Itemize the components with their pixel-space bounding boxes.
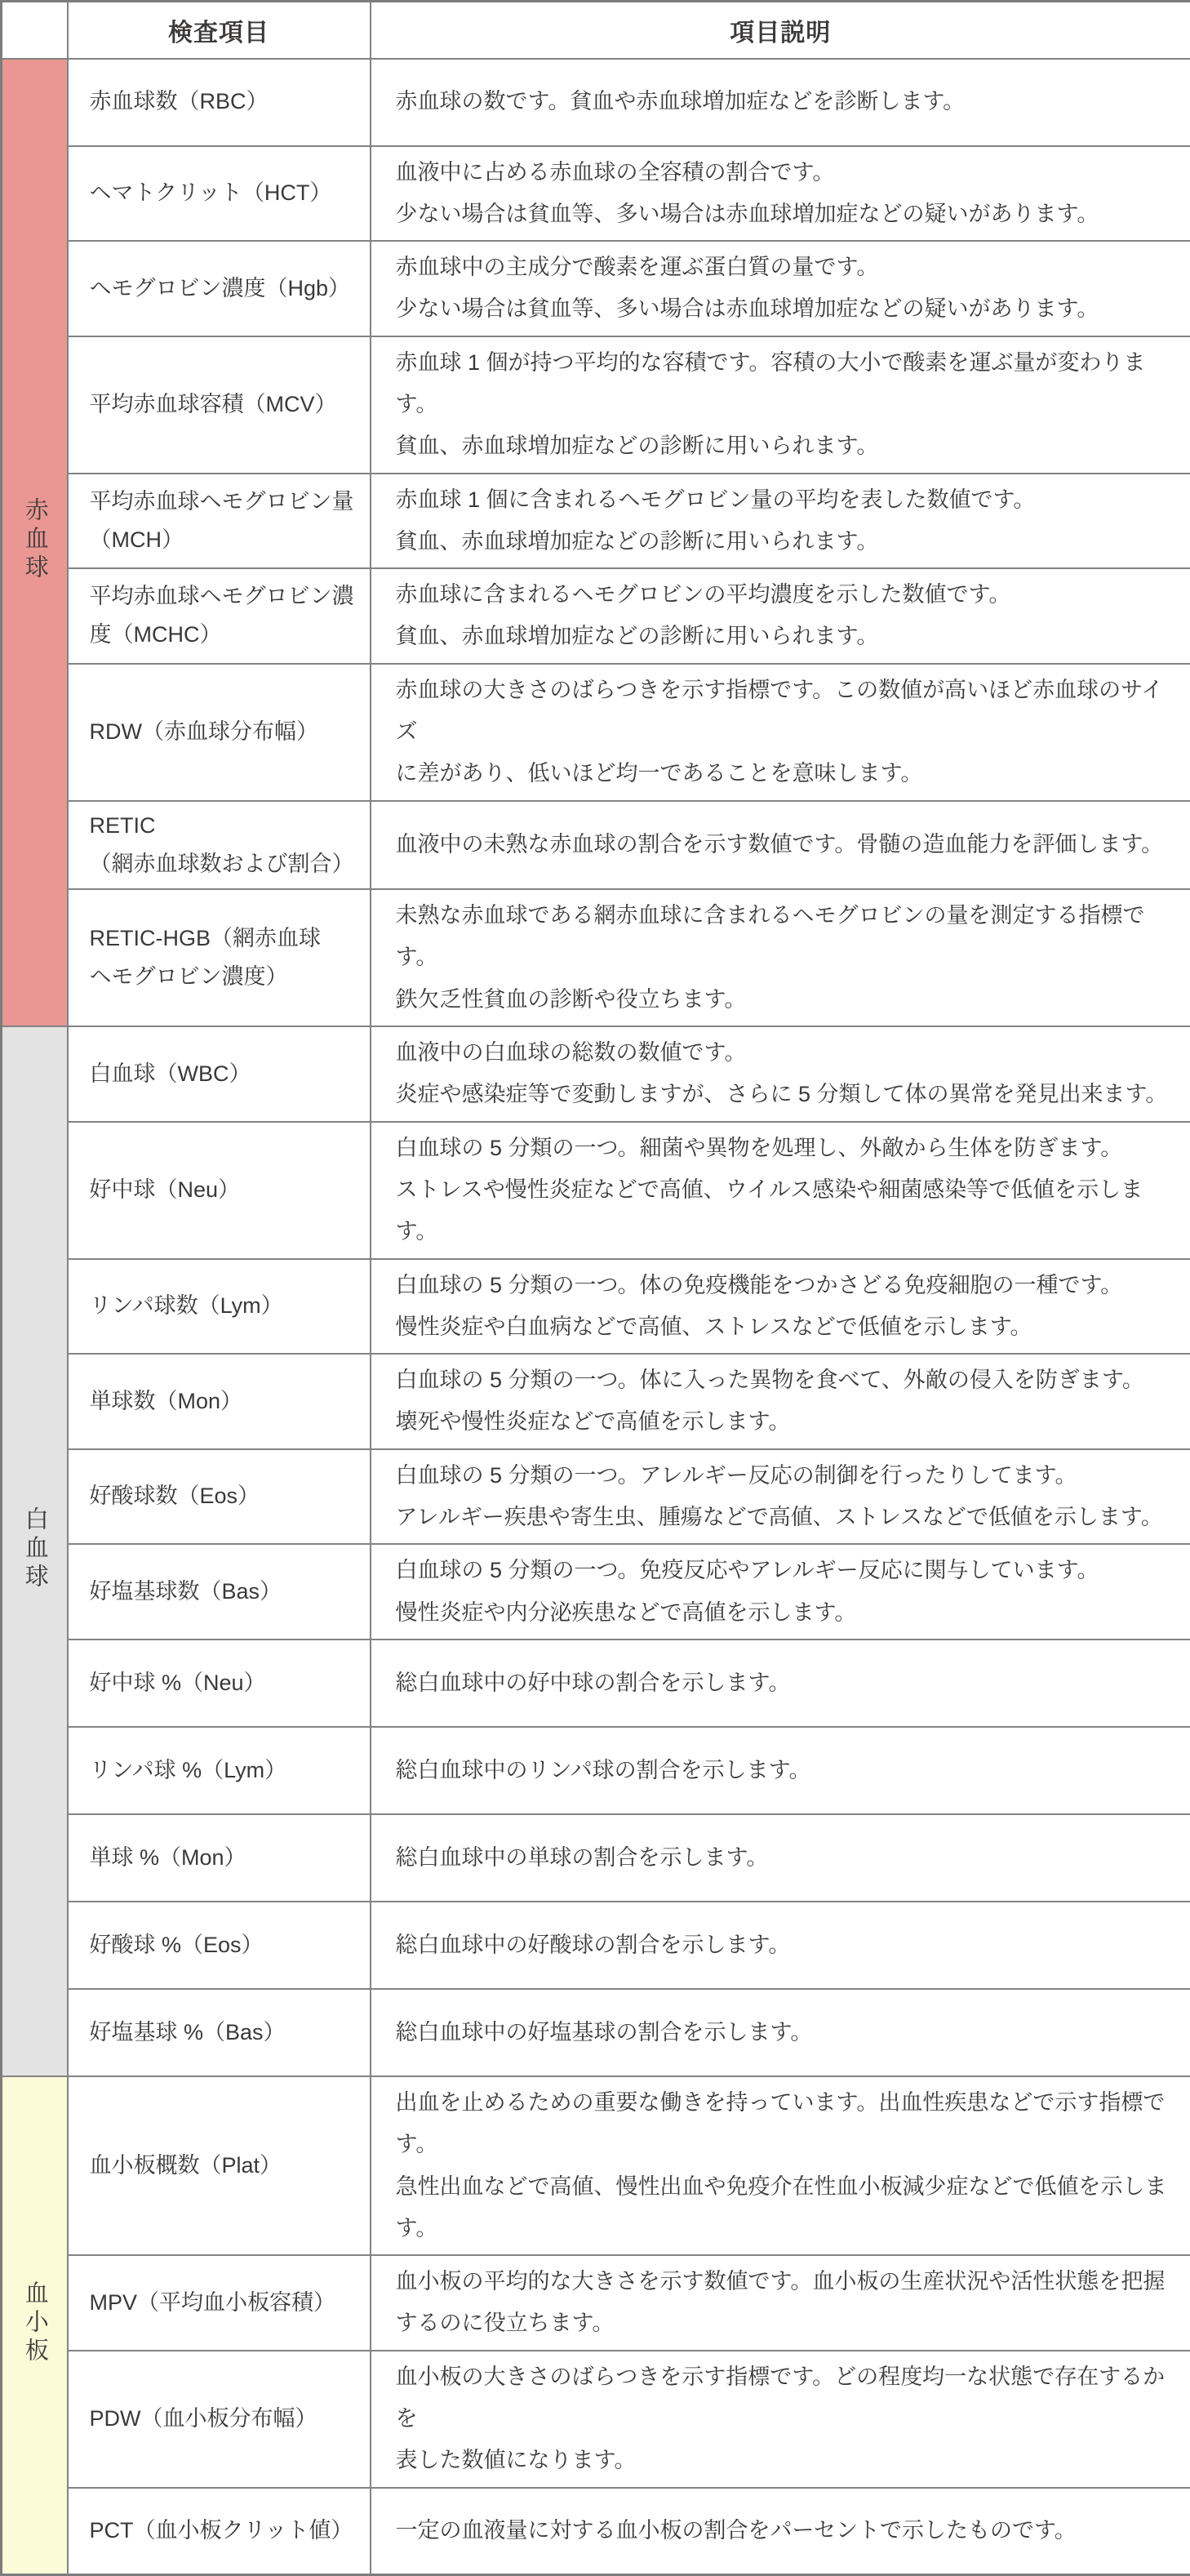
item-description-cell: 血液中に占める赤血球の全容積の割合です。 少ない場合は貧血等、多い場合は赤血球増… (371, 146, 1190, 242)
table-row: 好酸球数（Eos） 白血球の 5 分類の一つ。アレルギー反応の制御を行ったりして… (2, 1449, 1190, 1545)
table-row: 好塩基球 %（Bas） 総白血球中の好塩基球の割合を示します。 (2, 1989, 1190, 2076)
item-name-cell: 単球 %（Mon） (68, 1814, 371, 1902)
item-name-cell: リンパ球 %（Lym） (68, 1727, 371, 1814)
item-name-cell: 平均赤血球ヘモグロビン量 （MCH） (68, 474, 371, 569)
item-description-cell: 血液中の未熟な赤血球の割合を示す数値です。骨髄の造血能力を評価します。 (371, 801, 1190, 890)
item-name-cell: RETIC-HGB（網赤血球 ヘモグロビン濃度） (68, 889, 371, 1026)
table-row: 赤血球 赤血球数（RBC） 赤血球の数です。貧血や赤血球増加症などを診断します。 (2, 59, 1190, 146)
item-name-cell: 白血球（WBC） (68, 1026, 371, 1122)
item-description-cell: 赤血球に含まれるヘモグロビンの平均濃度を示した数値です。 貧血、赤血球増加症など… (371, 568, 1190, 664)
item-name-cell: 好中球（Neu） (68, 1122, 371, 1259)
item-name-cell: RDW（赤血球分布幅） (68, 664, 371, 801)
item-name-cell: 平均赤血球ヘモグロビン濃 度（MCHC） (68, 568, 371, 664)
table-row: ヘマトクリット（HCT） 血液中に占める赤血球の全容積の割合です。 少ない場合は… (2, 146, 1190, 242)
table-row: ヘモグロビン濃度（Hgb） 赤血球中の主成分で酸素を運ぶ蛋白質の量です。 少ない… (2, 241, 1190, 336)
item-name-cell: 好塩基球数（Bas） (68, 1544, 371, 1639)
item-description-cell: 出血を止めるための重要な働きを持っています。出血性疾患などで示す指標です。 急性… (371, 2076, 1190, 2255)
item-name-cell: ヘモグロビン濃度（Hgb） (68, 241, 371, 336)
item-name-cell: 血小板概数（Plat） (68, 2076, 371, 2255)
item-description-cell: 総白血球中のリンパ球の割合を示します。 (371, 1727, 1190, 1814)
item-description-cell: 赤血球中の主成分で酸素を運ぶ蛋白質の量です。 少ない場合は貧血等、多い場合は赤血… (371, 241, 1190, 336)
item-description-cell: 白血球の 5 分類の一つ。細菌や異物を処理し、外敵から生体を防ぎます。 ストレス… (371, 1122, 1190, 1259)
item-description-cell: 血小板の平均的な大きさを示す数値です。血小板の生産状況や活性状態を把握 するのに… (371, 2255, 1190, 2351)
item-name-cell: 平均赤血球容積（MCV） (68, 336, 371, 474)
item-description-cell: 赤血球 1 個が持つ平均的な容積です。容積の大小で酸素を運ぶ量が変わります。 貧… (371, 336, 1190, 474)
table-row: PCT（血小板クリット値） 一定の血液量に対する血小板の割合をパーセントで示した… (2, 2488, 1190, 2575)
table-row: 血小板 血小板概数（Plat） 出血を止めるための重要な働きを持っています。出血… (2, 2076, 1190, 2255)
item-description-cell: 赤血球の大きさのばらつきを示す指標です。この数値が高いほど赤血球のサイズ に差が… (371, 664, 1190, 801)
item-description-cell: 赤血球 1 個に含まれるヘモグロビン量の平均を表した数値です。 貧血、赤血球増加… (371, 474, 1190, 569)
table-row: 単球数（Mon） 白血球の 5 分類の一つ。体に入った異物を食べて、外敵の侵入を… (2, 1354, 1190, 1449)
group-strip-white-blood-cells: 白血球 (2, 1026, 68, 2076)
table-row: 単球 %（Mon） 総白血球中の単球の割合を示します。 (2, 1814, 1190, 1902)
table-row: 白血球 白血球（WBC） 血液中の白血球の総数の数値です。 炎症や感染症等で変動… (2, 1026, 1190, 1122)
table-row: RETIC （網赤血球数および割合） 血液中の未熟な赤血球の割合を示す数値です。… (2, 801, 1190, 890)
item-description-cell: 赤血球の数です。貧血や赤血球増加症などを診断します。 (371, 59, 1190, 146)
header-row: 検査項目 項目説明 (2, 2, 1190, 59)
item-name-cell: ヘマトクリット（HCT） (68, 146, 371, 242)
table-row: 好中球 %（Neu） 総白血球中の好中球の割合を示します。 (2, 1639, 1190, 1727)
blood-test-items-table: 検査項目 項目説明 赤血球 赤血球数（RBC） 赤血球の数です。貧血や赤血球増加… (0, 0, 1190, 2576)
table-row: 好塩基球数（Bas） 白血球の 5 分類の一つ。免疫反応やアレルギー反応に関与し… (2, 1544, 1190, 1639)
column-header-item: 検査項目 (68, 2, 371, 59)
corner-cell (2, 2, 68, 59)
item-name-cell: 単球数（Mon） (68, 1354, 371, 1449)
table-row: RETIC-HGB（網赤血球 ヘモグロビン濃度） 未熟な赤血球である網赤血球に含… (2, 889, 1190, 1026)
table-row: RDW（赤血球分布幅） 赤血球の大きさのばらつきを示す指標です。この数値が高いほ… (2, 664, 1190, 801)
group-label: 血小板 (23, 2280, 47, 2366)
item-description-cell: 未熟な赤血球である網赤血球に含まれるヘモグロビンの量を測定する指標です。 鉄欠乏… (371, 889, 1190, 1026)
item-description-cell: 白血球の 5 分類の一つ。体の免疫機能をつかさどる免疫細胞の一種です。 慢性炎症… (371, 1259, 1190, 1355)
item-name-cell: 好塩基球 %（Bas） (68, 1989, 371, 2076)
item-name-cell: 好中球 %（Neu） (68, 1639, 371, 1727)
group-label: 白血球 (23, 1506, 47, 1592)
item-name-cell: PCT（血小板クリット値） (68, 2488, 371, 2575)
table-row: PDW（血小板分布幅） 血小板の大きさのばらつきを示す指標です。どの程度均一な状… (2, 2351, 1190, 2488)
item-description-cell: 白血球の 5 分類の一つ。体に入った異物を食べて、外敵の侵入を防ぎます。 壊死や… (371, 1354, 1190, 1449)
item-name-cell: PDW（血小板分布幅） (68, 2351, 371, 2488)
group-label: 赤血球 (23, 497, 47, 583)
table-row: リンパ球数（Lym） 白血球の 5 分類の一つ。体の免疫機能をつかさどる免疫細胞… (2, 1259, 1190, 1355)
group-strip-red-blood-cells: 赤血球 (2, 59, 68, 1027)
item-name-cell: 好酸球数（Eos） (68, 1449, 371, 1545)
item-description-cell: 総白血球中の好酸球の割合を示します。 (371, 1902, 1190, 1989)
item-description-cell: 総白血球中の単球の割合を示します。 (371, 1814, 1190, 1902)
item-name-cell: RETIC （網赤血球数および割合） (68, 801, 371, 890)
item-name-cell: MPV（平均血小板容積） (68, 2255, 371, 2351)
item-description-cell: 総白血球中の好中球の割合を示します。 (371, 1639, 1190, 1727)
table-row: MPV（平均血小板容積） 血小板の平均的な大きさを示す数値です。血小板の生産状況… (2, 2255, 1190, 2351)
item-description-cell: 白血球の 5 分類の一つ。免疫反応やアレルギー反応に関与しています。 慢性炎症や… (371, 1544, 1190, 1639)
item-name-cell: 好酸球 %（Eos） (68, 1902, 371, 1989)
table-row: 平均赤血球容積（MCV） 赤血球 1 個が持つ平均的な容積です。容積の大小で酸素… (2, 336, 1190, 474)
group-strip-platelets: 血小板 (2, 2076, 68, 2575)
item-description-cell: 一定の血液量に対する血小板の割合をパーセントで示したものです。 (371, 2488, 1190, 2575)
item-description-cell: 血液中の白血球の総数の数値です。 炎症や感染症等で変動しますが、さらに 5 分類… (371, 1026, 1190, 1122)
item-name-cell: リンパ球数（Lym） (68, 1259, 371, 1355)
table-row: 平均赤血球ヘモグロビン量 （MCH） 赤血球 1 個に含まれるヘモグロビン量の平… (2, 474, 1190, 569)
item-description-cell: 血小板の大きさのばらつきを示す指標です。どの程度均一な状態で存在するかを 表した… (371, 2351, 1190, 2488)
table-row: 好酸球 %（Eos） 総白血球中の好酸球の割合を示します。 (2, 1902, 1190, 1989)
item-description-cell: 総白血球中の好塩基球の割合を示します。 (371, 1989, 1190, 2076)
table-row: 好中球（Neu） 白血球の 5 分類の一つ。細菌や異物を処理し、外敵から生体を防… (2, 1122, 1190, 1259)
column-header-description: 項目説明 (371, 2, 1190, 59)
table-row: リンパ球 %（Lym） 総白血球中のリンパ球の割合を示します。 (2, 1727, 1190, 1814)
item-description-cell: 白血球の 5 分類の一つ。アレルギー反応の制御を行ったりしてます。 アレルギー疾… (371, 1449, 1190, 1545)
table-row: 平均赤血球ヘモグロビン濃 度（MCHC） 赤血球に含まれるヘモグロビンの平均濃度… (2, 568, 1190, 664)
item-name-cell: 赤血球数（RBC） (68, 59, 371, 146)
